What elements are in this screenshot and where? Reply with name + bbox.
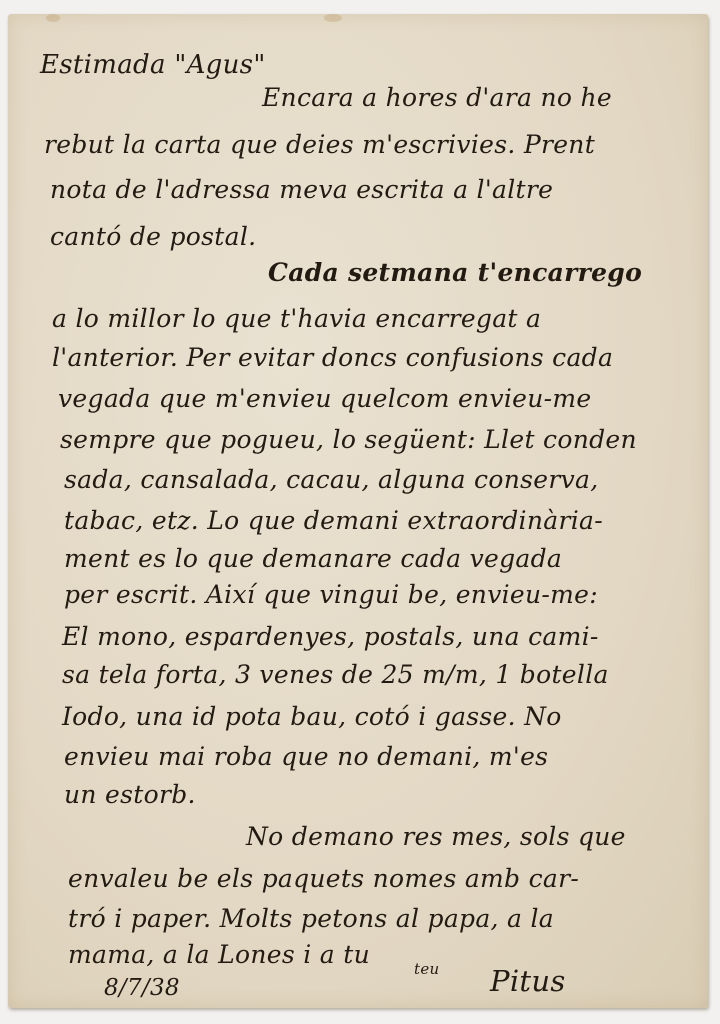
text-line: Cada setmana t'encarrego — [268, 258, 642, 287]
text-line: sada, cansalada, cacau, alguna conserva, — [64, 465, 598, 494]
text-line: envaleu be els paquets nomes amb car- — [68, 864, 579, 893]
text-line: envieu mai roba que no demani, m'es — [64, 742, 548, 771]
text-line: cantó de postal. — [50, 222, 256, 251]
text-line: Encara a hores d'ara no he — [262, 83, 612, 112]
text-line: per escrit. Així que vingui be, envieu-m… — [64, 580, 598, 609]
text-line: a lo millor lo que t'havia encarregat a — [52, 304, 541, 333]
text-line: sa tela forta, 3 venes de 25 m/m, 1 bote… — [62, 660, 609, 689]
text-line: l'anterior. Per evitar doncs confusions … — [52, 343, 613, 372]
date: 8/7/38 — [104, 975, 180, 1001]
stain — [324, 14, 342, 22]
text-line: ment es lo que demanare cada vegada — [64, 544, 562, 573]
text-line: mama, a la Lones i a tu — [68, 940, 370, 969]
text-line: sempre que pogueu, lo següent: Llet cond… — [60, 425, 637, 454]
text-line: Iodo, una id pota bau, cotó i gasse. No — [62, 702, 562, 731]
text-line: un estorb. — [64, 780, 196, 809]
text-line: rebut la carta que deies m'escrivies. Pr… — [44, 130, 595, 159]
signature: Pitus — [490, 964, 566, 998]
closing: teu — [414, 960, 439, 978]
text-line: tabac, etz. Lo que demani extraordinària… — [64, 506, 603, 535]
text-line: El mono, espardenyes, postals, una cami- — [62, 622, 599, 651]
text-line: nota de l'adressa meva escrita a l'altre — [50, 175, 553, 204]
text-line: vegada que m'envieu quelcom envieu-me — [58, 384, 592, 413]
salutation: Estimada "Agus" — [40, 50, 266, 80]
stain — [46, 14, 60, 22]
text-line: tró i paper. Molts petons al papa, a la — [68, 904, 554, 933]
text-line: No demano res mes, sols que — [246, 822, 626, 851]
